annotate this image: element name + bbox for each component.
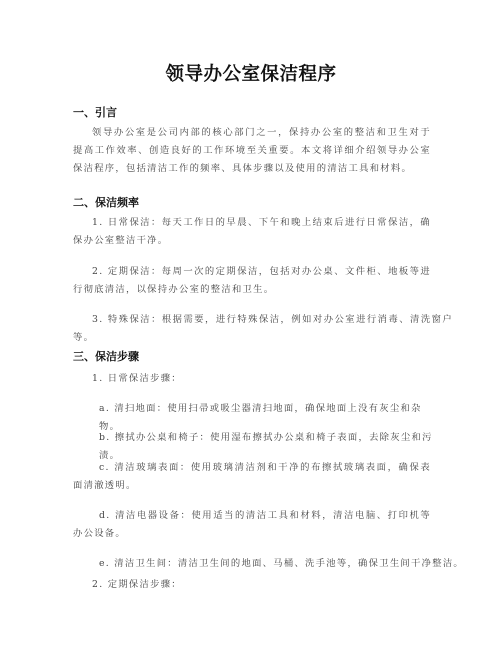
document-page: 领导办公室保洁程序 一、引言 领导办公室是公司内部的核心部门之一，保持办公室的整…: [0, 0, 502, 649]
section-heading-frequency: 二、保洁频率: [73, 194, 139, 210]
document-title: 领导办公室保洁程序: [0, 60, 502, 86]
section-heading-steps: 三、保洁步骤: [73, 348, 139, 364]
substep-e: e. 清洁卫生间：清洁卫生间的地面、马桶、洗手池等，确保卫生间干净整洁。: [99, 555, 479, 573]
substep-c: c. 清洁玻璃表面：使用玻璃清洁剂和干净的布擦拭玻璃表面，确保表面清澈透明。: [73, 459, 431, 495]
substep-d: d. 清洁电器设备：使用适当的清洁工具和材料，清洁电脑、打印机等办公设备。: [73, 507, 431, 543]
step-periodic-label: 2. 定期保洁步骤：: [92, 576, 182, 594]
step-daily-label: 1. 日常保洁步骤：: [92, 370, 182, 388]
section-heading-intro: 一、引言: [73, 104, 117, 120]
frequency-item-daily: 1. 日常保洁：每天工作日的早晨、下午和晚上结束后进行日常保洁，确保办公室整洁干…: [73, 214, 431, 250]
frequency-item-special: 3. 特殊保洁：根据需要，进行特殊保洁，例如对办公室进行消毒、清洗窗户等。: [73, 311, 453, 347]
intro-paragraph: 领导办公室是公司内部的核心部门之一，保持办公室的整洁和卫生对于提高工作效率、创造…: [73, 124, 431, 178]
frequency-item-periodic: 2. 定期保洁：每周一次的定期保洁，包括对办公桌、文件柜、地板等进行彻底清洁，以…: [73, 263, 431, 299]
